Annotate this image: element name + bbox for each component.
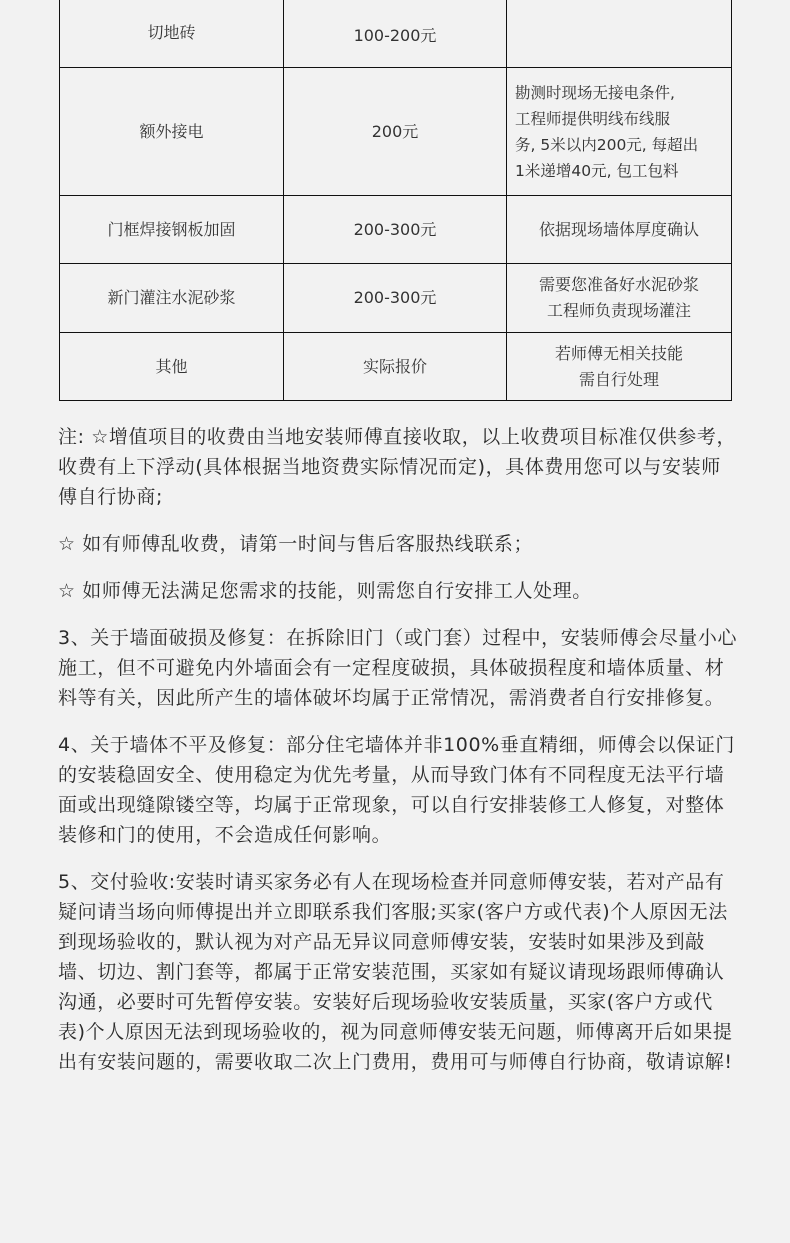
note-cell: 依据现场墙体厚度确认 [507, 196, 732, 264]
note-line: 工程师负责现场灌注 [513, 298, 725, 324]
table-row: 新门灌注水泥砂浆 200-300元 需要您准备好水泥砂浆 工程师负责现场灌注 [60, 264, 732, 333]
item-cell: 新门灌注水泥砂浆 [60, 264, 284, 333]
note-line: 依据现场墙体厚度确认 [513, 217, 725, 243]
note-fee-paragraph: 注: ☆增值项目的收费由当地安装师傅直接收取，以上收费项目标准仅供参考，收费有上… [58, 422, 738, 512]
note-line: 勘测时现场无接电条件, [515, 80, 725, 106]
star-icon: ☆ [58, 529, 76, 559]
note-cell: 需要您准备好水泥砂浆 工程师负责现场灌注 [507, 264, 732, 333]
note-text: 如师傅无法满足您需求的技能，则需您自行安排工人处理。 [76, 580, 592, 602]
note-skill-paragraph: ☆ 如师傅无法满足您需求的技能，则需您自行安排工人处理。 [58, 576, 738, 606]
star-icon: ☆ [91, 422, 109, 452]
table-row: 额外接电 200元 勘测时现场无接电条件, 工程师提供明线布线服 务, 5米以内… [60, 68, 732, 196]
table-row: 切地砖 100-200元 [60, 0, 732, 68]
price-cell: 200元 [284, 68, 507, 196]
fee-table: 切地砖 100-200元 额外接电 200元 勘测时现场无接电条件, 工程师提供… [59, 0, 732, 401]
note-prefix: 注: [58, 426, 91, 448]
item-cell: 其他 [60, 333, 284, 401]
note-line: 需自行处理 [513, 367, 725, 393]
item-cell: 门框焊接钢板加固 [60, 196, 284, 264]
note-overcharge-paragraph: ☆ 如有师傅乱收费，请第一时间与售后客服热线联系； [58, 529, 738, 559]
price-cell: 100-200元 [284, 0, 507, 68]
note-cell: 若师傅无相关技能 需自行处理 [507, 333, 732, 401]
price-cell: 实际报价 [284, 333, 507, 401]
item-delivery-acceptance: 5、交付验收:安装时请买家务必有人在现场检查并同意师傅安装，若对产品有疑问请当场… [58, 867, 738, 1077]
price-cell: 200-300元 [284, 264, 507, 333]
table-row: 其他 实际报价 若师傅无相关技能 需自行处理 [60, 333, 732, 401]
table-row: 门框焊接钢板加固 200-300元 依据现场墙体厚度确认 [60, 196, 732, 264]
note-line: 工程师提供明线布线服 [515, 106, 725, 132]
item-wall-uneven: 4、关于墙体不平及修复：部分住宅墙体并非100%垂直精细，师傅会以保证门的安装稳… [58, 730, 738, 850]
note-text: 如有师傅乱收费，请第一时间与售后客服热线联系； [76, 533, 533, 555]
notes-section: 注: ☆增值项目的收费由当地安装师傅直接收取，以上收费项目标准仅供参考，收费有上… [58, 422, 738, 1094]
price-cell: 200-300元 [284, 196, 507, 264]
item-wall-damage: 3、关于墙面破损及修复：在拆除旧门（或门套）过程中，安装师傅会尽量小心施工，但不… [58, 623, 738, 713]
note-line: 需要您准备好水泥砂浆 [513, 272, 725, 298]
note-line: 务, 5米以内200元, 每超出 [515, 132, 725, 158]
note-line: 1米递增40元, 包工包料 [515, 158, 725, 184]
note-cell [507, 0, 732, 68]
item-cell: 额外接电 [60, 68, 284, 196]
note-cell: 勘测时现场无接电条件, 工程师提供明线布线服 务, 5米以内200元, 每超出 … [507, 68, 732, 196]
note-text: 增值项目的收费由当地安装师傅直接收取，以上收费项目标准仅供参考，收费有上下浮动(… [58, 426, 736, 508]
item-cell: 切地砖 [60, 0, 284, 68]
star-icon: ☆ [58, 576, 76, 606]
note-line: 若师傅无相关技能 [513, 341, 725, 367]
